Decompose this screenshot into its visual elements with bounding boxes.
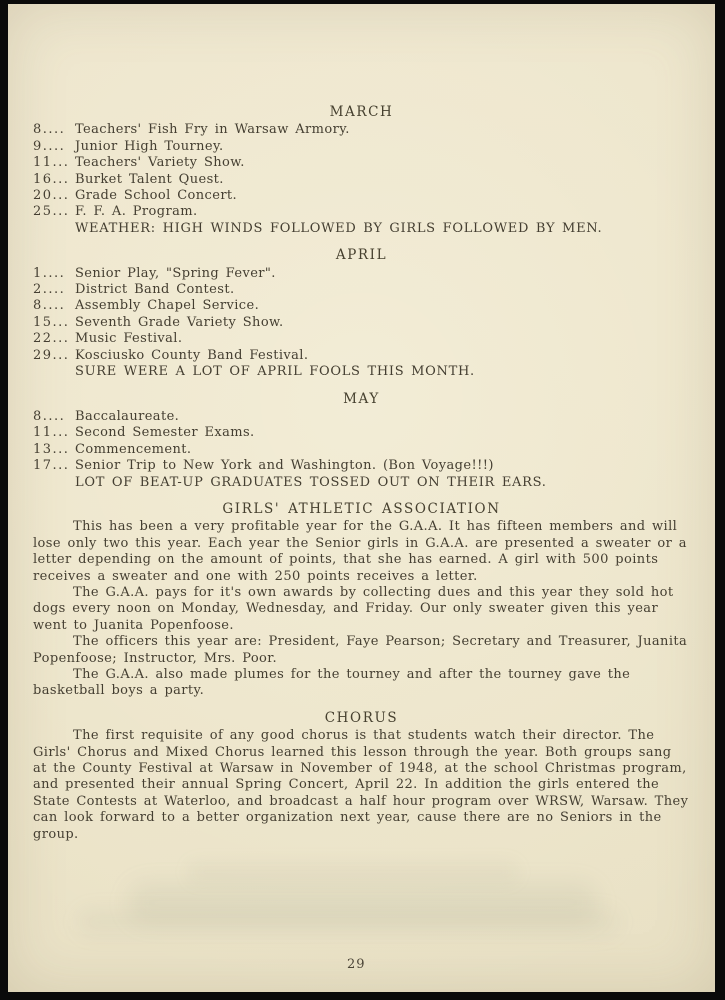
- calendar-section-april: APRIL 1....Senior Play, "Spring Fever". …: [33, 247, 690, 380]
- entry-date: 8....: [33, 122, 75, 138]
- calendar-entry: 8....Assembly Chapel Service.: [33, 298, 690, 314]
- article-paragraph: The G.A.A. also made plumes for the tour…: [33, 667, 690, 700]
- entry-date: 9....: [33, 139, 75, 155]
- article-gaa: GIRLS' ATHLETIC ASSOCIATION This has bee…: [33, 501, 690, 700]
- entry-date: 16...: [33, 172, 75, 188]
- page-showthrough-smudge: [188, 862, 518, 882]
- entry-date: 15...: [33, 315, 75, 331]
- entry-date: 25...: [33, 204, 75, 220]
- calendar-entry: 15...Seventh Grade Variety Show.: [33, 315, 690, 331]
- entry-text: Second Semester Exams.: [75, 425, 255, 440]
- entry-text: F. F. A. Program.: [75, 204, 198, 219]
- entry-text: Senior Trip to New York and Washington. …: [75, 458, 494, 473]
- calendar-entry: 2....District Band Contest.: [33, 282, 690, 298]
- entry-date: 13...: [33, 442, 75, 458]
- entry-date: 20...: [33, 188, 75, 204]
- entry-date: 8....: [33, 298, 75, 314]
- entry-text: Senior Play, "Spring Fever".: [75, 266, 276, 281]
- article-paragraph: This has been a very profitable year for…: [33, 519, 690, 585]
- article-paragraph: The G.A.A. pays for it's own awards by c…: [33, 585, 690, 634]
- calendar-entry: 1....Senior Play, "Spring Fever".: [33, 266, 690, 282]
- entry-text: Seventh Grade Variety Show.: [75, 315, 284, 330]
- article-title: GIRLS' ATHLETIC ASSOCIATION: [33, 501, 690, 517]
- month-closing-remark: LOT OF BEAT-UP GRADUATES TOSSED OUT ON T…: [33, 475, 690, 491]
- calendar-section-march: MARCH 8....Teachers' Fish Fry in Warsaw …: [33, 104, 690, 237]
- month-heading: MARCH: [33, 104, 690, 120]
- entry-text: Burket Talent Quest.: [75, 172, 224, 187]
- calendar-entry: 11...Teachers' Variety Show.: [33, 155, 690, 171]
- page-content: MARCH 8....Teachers' Fish Fry in Warsaw …: [8, 4, 715, 843]
- article-paragraph: The officers this year are: President, F…: [33, 634, 690, 667]
- page-showthrough-smudge: [128, 882, 598, 924]
- month-closing-remark: WEATHER: HIGH WINDS FOLLOWED BY GIRLS FO…: [33, 221, 690, 237]
- entry-date: 29...: [33, 348, 75, 364]
- entry-text: Kosciusko County Band Festival.: [75, 348, 308, 363]
- entry-text: Music Festival.: [75, 331, 182, 346]
- entry-date: 11...: [33, 155, 75, 171]
- month-heading: APRIL: [33, 247, 690, 263]
- calendar-entry: 11...Second Semester Exams.: [33, 425, 690, 441]
- yearbook-page: MARCH 8....Teachers' Fish Fry in Warsaw …: [8, 4, 715, 992]
- month-heading: MAY: [33, 391, 690, 407]
- calendar-entry: 29...Kosciusko County Band Festival.: [33, 348, 690, 364]
- page-number: 29: [347, 957, 366, 972]
- entry-text: Teachers' Variety Show.: [75, 155, 245, 170]
- scanned-page-frame: MARCH 8....Teachers' Fish Fry in Warsaw …: [0, 0, 725, 1000]
- entry-text: Commencement.: [75, 442, 191, 457]
- calendar-entry: 16...Burket Talent Quest.: [33, 172, 690, 188]
- entry-date: 22...: [33, 331, 75, 347]
- entry-text: Assembly Chapel Service.: [75, 298, 259, 313]
- entry-text: Teachers' Fish Fry in Warsaw Armory.: [75, 122, 350, 137]
- entry-date: 8....: [33, 409, 75, 425]
- entry-text: District Band Contest.: [75, 282, 235, 297]
- entry-text: Baccalaureate.: [75, 409, 179, 424]
- calendar-entry: 9....Junior High Tourney.: [33, 139, 690, 155]
- entry-date: 1....: [33, 266, 75, 282]
- article-paragraph: The first requisite of any good chorus i…: [33, 728, 690, 843]
- calendar-entry: 17...Senior Trip to New York and Washing…: [33, 458, 690, 474]
- calendar-entry: 20...Grade School Concert.: [33, 188, 690, 204]
- calendar-entry: 8....Teachers' Fish Fry in Warsaw Armory…: [33, 122, 690, 138]
- calendar-entry: 13...Commencement.: [33, 442, 690, 458]
- calendar-entry: 25...F. F. A. Program.: [33, 204, 690, 220]
- article-title: CHORUS: [33, 710, 690, 726]
- calendar-section-may: MAY 8....Baccalaureate. 11...Second Seme…: [33, 391, 690, 491]
- entry-date: 17...: [33, 458, 75, 474]
- entry-text: Junior High Tourney.: [75, 139, 224, 154]
- calendar-entry: 22...Music Festival.: [33, 331, 690, 347]
- article-chorus: CHORUS The first requisite of any good c…: [33, 710, 690, 843]
- entry-date: 2....: [33, 282, 75, 298]
- month-closing-remark: SURE WERE A LOT OF APRIL FOOLS THIS MONT…: [33, 364, 690, 380]
- calendar-entry: 8....Baccalaureate.: [33, 409, 690, 425]
- page-showthrough-smudge: [78, 909, 618, 935]
- entry-date: 11...: [33, 425, 75, 441]
- entry-text: Grade School Concert.: [75, 188, 237, 203]
